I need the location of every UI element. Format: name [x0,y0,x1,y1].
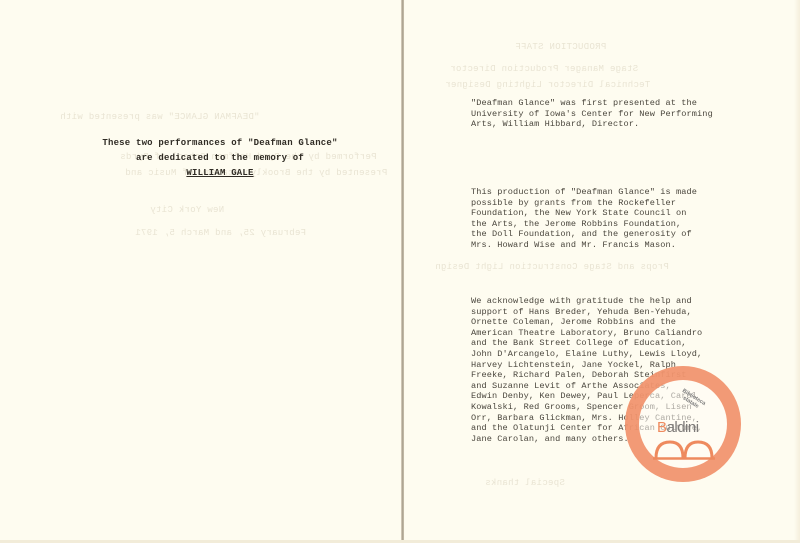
right-page: PRODUCTION STAFF Stage Manager Productio… [405,0,800,543]
dedicatee-name: WILLIAM GALE [186,166,253,181]
library-label: Biblioteca statale [678,388,707,412]
bleed-through-text: Special thanks [485,478,565,488]
bleed-through-text: Stage Manager Production Director [450,64,638,74]
bleed-through-text: February 25, and March 5, 1971 [135,228,306,238]
brand-initial: B [657,419,667,436]
page-edge [794,0,800,543]
bleed-through-text: "DEAFMAN GLANCE" was presented with [60,112,260,122]
left-page: "DEAFMAN GLANCE" was presented with Perf… [0,0,402,543]
bleed-through-text: Props and Stage Construction Light Desig… [435,262,669,272]
book-spread: "DEAFMAN GLANCE" was presented with Perf… [0,0,800,543]
premiere-paragraph: "Deafman Glance" was first presented at … [471,98,741,130]
funding-paragraph: This production of "Deafman Glance" is m… [471,187,741,251]
brand-rest: aldini [667,419,699,436]
dedication-line-2: are dedicated to the memory of [80,151,360,166]
open-book-icon [653,438,715,460]
dedication: These two performances of "Deafman Glanc… [80,136,360,181]
dedication-line-1: These two performances of "Deafman Glanc… [80,136,360,151]
book-gutter [401,0,404,543]
library-stamp-watermark: Biblioteca statale Baldini [625,366,741,482]
library-brand: Baldini [657,419,699,436]
bleed-through-text: New York City [150,205,224,215]
bleed-through-text: Technical Director Lighting Designer [445,80,650,90]
bleed-through-text: PRODUCTION STAFF [515,42,606,52]
